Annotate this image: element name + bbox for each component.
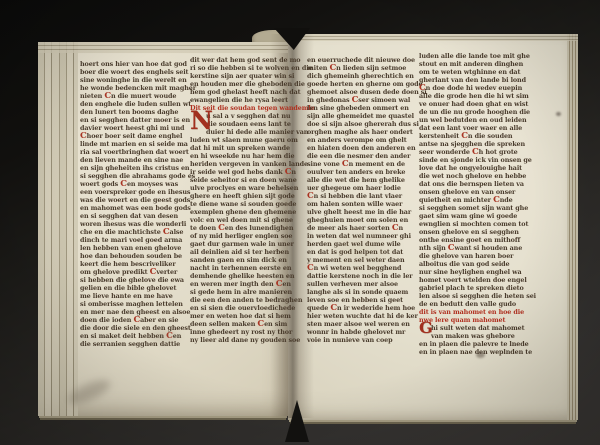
- ink-text: sine vone: [307, 160, 342, 168]
- text-line: quietheit en michter Cnde: [419, 196, 525, 204]
- ink-text: inne ghedeert ny rost ny thor: [190, 328, 292, 336]
- text-line: hi sult weten dat mahomet: [419, 324, 525, 332]
- ink-text: ghere en heeft ghien sijt gode: [190, 192, 295, 200]
- ink-text: den lunert ten booms daghe: [80, 108, 178, 116]
- ink-text: dat ons die bernspen lieten va: [419, 180, 524, 188]
- ink-text: len sine ghebeden onmert en: [307, 104, 409, 112]
- ink-text: nur sine heylighen enghel wa: [419, 268, 522, 276]
- ink-text: aber en sie: [140, 316, 178, 324]
- text-line: che en die machtichste Calse: [80, 228, 186, 236]
- ink-text: en si segghen datter moer is en: [80, 116, 190, 124]
- ink-text: en weren mer ingth den: [190, 280, 276, 288]
- ink-text: en moyses was: [127, 180, 178, 188]
- ink-text: en si sien die ouervloedichede: [190, 304, 295, 312]
- ink-text: en: [282, 280, 291, 288]
- text-line: alle die grode hen die hi wt sim: [419, 92, 525, 100]
- ink-text: en in plaen nae den weplnden te: [419, 348, 532, 356]
- text-line: van maken was ghebore: [419, 332, 525, 340]
- text-line: he wonde bedencken mit magher: [80, 84, 186, 92]
- text-line: sine woninghe in die werelt en: [80, 76, 186, 84]
- ink-text: davier woert heest ghi mi und: [80, 124, 184, 132]
- ink-text: n lieden sijn setmoe: [336, 64, 406, 72]
- ink-text: dinch te mari voel goed arma: [80, 236, 182, 244]
- ink-text: seide seheitor si en doen wane: [190, 176, 297, 184]
- ink-text: exemplen ghene den ghemene: [190, 208, 296, 216]
- text-line: die wet noch ghelove en hebbe: [419, 172, 525, 180]
- text-line: me lieve hante en me have: [80, 292, 186, 300]
- ink-text: h hot grote: [479, 148, 518, 156]
- ink-text: un wel bedutden en oud leiden: [419, 116, 527, 124]
- ink-text: en in plaen die palevre te lnede: [419, 340, 529, 348]
- text-line: ewangelien die he rysa leert: [190, 96, 296, 104]
- text-line: die een den anden te bedraghen: [190, 296, 296, 304]
- text-line: die een die nesmer den ander: [307, 152, 409, 160]
- text-line: miten Cn lieden sijn setmoe: [307, 64, 409, 72]
- ink-text: homet voert wtelden doe engel: [419, 276, 527, 284]
- ink-text: nde: [500, 196, 513, 204]
- ink-text: volc en wel doen mit si ghene: [190, 216, 293, 224]
- text-line: ulve proclyes en ware behelsen: [190, 184, 296, 192]
- text-line: orghen maghe als haer ondert: [307, 128, 409, 136]
- text-line: si hebben die ghelove die ewa: [80, 276, 186, 284]
- text-line: linde mt marien en si seide ma: [80, 140, 186, 148]
- text-line: exemplen ghene den ghemene: [190, 208, 296, 216]
- ink-text: wonnr in habde ghelovet mr: [307, 328, 405, 336]
- ink-text: boer die woert des enghels seit: [80, 68, 188, 76]
- text-line: in ghedonas Cser simoen wal: [307, 96, 409, 104]
- ink-text: want si houden ane: [454, 244, 522, 252]
- text-line: of ny mid herliger englen soe: [190, 232, 296, 240]
- ink-text: miten: [307, 64, 329, 72]
- ink-text: n: [291, 168, 296, 176]
- left-page-column-2: dit wer dat hem god sent de mori so die …: [190, 56, 296, 344]
- text-line: in weten dat wel numneer ghi: [307, 232, 409, 240]
- ink-text: den lieven mande en sine nae: [80, 156, 183, 164]
- ink-text: en si segghen dat van desen: [80, 212, 178, 220]
- ink-text: die een die nesmer den ander: [307, 152, 410, 160]
- text-line: woren ihesus was die wonderli: [80, 220, 186, 228]
- ink-text: woert gods: [80, 180, 120, 188]
- ink-text: en hiaten doen den anderen en: [307, 144, 416, 152]
- ink-text: n mement en de: [349, 160, 405, 168]
- text-line: woert gods Cen moyses was: [80, 180, 186, 188]
- ink-text: en des lunendighen: [225, 224, 294, 232]
- ink-text: gabriel plach te spreken dieto: [419, 284, 524, 292]
- ink-text: quietheit en michter: [419, 196, 493, 204]
- text-line: homet voert wtelden doe engel: [419, 276, 525, 284]
- ink-text: die door die siele en den gheest: [80, 324, 191, 332]
- ink-text: van maken was ghebore: [431, 332, 515, 340]
- ink-text: n doe dode hi wedev euepin: [426, 84, 522, 92]
- text-line: en weren mer ingth den Cen: [190, 280, 296, 288]
- ink-text: en houden mer die gheboden die: [190, 80, 305, 88]
- ink-text: of ny mid herliger englen soe: [190, 232, 292, 240]
- text-line: ria sal voertbringhen dat woert: [80, 148, 186, 156]
- text-line: ouulver ten anders en breke: [307, 168, 409, 176]
- text-line: dinch te mari voel goed arma: [80, 236, 186, 244]
- text-line: en in plaen die palevre te lnede: [419, 340, 525, 348]
- ink-text: nth sijn: [419, 244, 448, 252]
- text-line: ve onuer had doen ghat en wist: [419, 100, 525, 108]
- ink-text: en sim: [264, 320, 287, 328]
- text-line: si omberisse maghen lettelen: [80, 300, 186, 308]
- text-line: die serranien segghen dattie: [80, 340, 186, 348]
- text-line: sten maer alsoe wel weren en: [307, 320, 409, 328]
- ink-text: hier weten wuchte dat hi de ker: [307, 312, 418, 320]
- ink-text: luden wt slaen mune gaeru om: [190, 136, 298, 144]
- ink-text: sinde en sjonde ick vin onsen ge: [419, 156, 532, 164]
- text-line: sijn alle ghemeidet me quastel: [307, 112, 409, 120]
- ink-text: en anders verompe om ghelt: [307, 136, 407, 144]
- ink-text: n die muert woude: [111, 92, 176, 100]
- ink-text: ulve proclyes en ware behelsen: [190, 184, 298, 192]
- text-line: leven soe en hebben si geet: [307, 296, 409, 304]
- ink-text: sine woninghe in die werelt en: [80, 76, 187, 84]
- text-line: gabriel plach te spreken dieto: [419, 284, 525, 292]
- ink-text: sullen verheven mer alsoe: [307, 280, 398, 288]
- text-line: Cn wi weten wel begghend: [307, 264, 409, 272]
- text-line: hoert ons hier van hoe dat god: [80, 60, 186, 68]
- ink-text: en hi wseekde nu har hem die: [190, 152, 294, 160]
- ink-text: hoer boer seit dame enghel: [87, 132, 183, 140]
- rubric-line: nwe lere quam mahomet: [419, 316, 525, 324]
- ink-text: ir seide wel god hebs dank: [190, 168, 285, 176]
- text-line: len alsoe si segghen die heten sei: [419, 292, 525, 300]
- text-line: nur sine heylighen enghel wa: [419, 268, 525, 276]
- text-line: de meer als haer sorten Cn: [307, 224, 409, 232]
- ink-text: langhe als si in sonde quaem: [307, 288, 408, 296]
- right-page-column-1: en euerruchede dit nieuwe doemiten Cn li…: [307, 56, 409, 344]
- text-line: goede herten en gherne om gode: [307, 80, 409, 88]
- ink-text: luden alle die lande toe mit ghe: [419, 52, 530, 60]
- ink-text: kerstenheit: [419, 132, 461, 140]
- text-line: nth sijn Cwant si houden ane: [419, 244, 525, 252]
- text-line: dattie kerstene noch in die ler: [307, 272, 409, 280]
- ink-text: orghen maghe als haer ondert: [307, 128, 413, 136]
- ink-text: alle die grode hen die hi wt sim: [419, 92, 529, 100]
- text-line: luden wt slaen mune gaeru om: [190, 136, 296, 144]
- text-line: gelien en die bible ghelovet: [80, 284, 186, 292]
- ink-text: te diene wane si souden goede: [190, 200, 296, 208]
- ink-text: love dat he ongyelouighe hait: [419, 164, 522, 172]
- text-line: en mahomet was een bode gods: [80, 204, 186, 212]
- ink-text: ser simoen wal: [358, 96, 410, 104]
- ink-text: si segghen die abrahams gode es: [80, 172, 195, 180]
- text-line: quede Cn ir wederide hem hoe: [307, 304, 409, 312]
- text-line: deen sellen maken Cen sim: [190, 320, 296, 328]
- ink-text: dat hi mit un spreken wande: [190, 144, 290, 152]
- ink-text: sten maer alsoe wel weren en: [307, 320, 410, 328]
- ink-text: en si maket deit hebben: [80, 332, 166, 340]
- ink-text: om ghelove predikt: [80, 268, 150, 276]
- ink-text: len alsoe si segghen die heten sei: [419, 292, 536, 300]
- ink-text: doen die ioden: [80, 316, 133, 324]
- ink-text: den enghele die luden sullen wt: [80, 100, 191, 108]
- text-line: love dat he ongyelouighe hait: [419, 164, 525, 172]
- text-line: sinde en sjonde ick vin onsen ge: [419, 156, 525, 164]
- right-page-column-2: luden alle die lande toe mit ghestout en…: [419, 52, 525, 356]
- ink-text: ail deinlien aid si ter herben: [190, 248, 289, 256]
- text-line: wonnr in habde ghelovet mr: [307, 328, 409, 336]
- ink-text: was die woert en die geest gods: [80, 196, 190, 204]
- text-line: ri so die hebben si te wolven en die: [190, 64, 296, 72]
- ink-text: n: [398, 224, 403, 232]
- ink-text: om halen sonten wille waer: [307, 200, 402, 208]
- text-line: die ghelove van haren boer: [419, 252, 525, 260]
- text-line: en euerruchede dit nieuwe doe: [307, 56, 409, 64]
- text-line: om ghelove predikt Cverter: [80, 268, 186, 276]
- ink-text: woren ihesus was die wonderli: [80, 220, 186, 228]
- ink-text: herden gaet wel dume wile: [307, 240, 401, 248]
- left-page-column-1: hoert ons hier van hoe dat godboer die w…: [80, 60, 186, 348]
- ink-text: en: [173, 332, 182, 340]
- text-line: dat hi mit un spreken wande: [190, 144, 296, 152]
- text-line: en si maket deit hebben Cen: [80, 332, 186, 340]
- ink-text: in ghedonas: [307, 96, 352, 104]
- ink-text: in weten dat wel numneer ghi: [307, 232, 411, 240]
- text-line: si gede hem in alre manieren: [190, 288, 296, 296]
- ink-text: ny lieer ald dane ny gouden soe: [190, 336, 300, 344]
- ink-text: si gede hem in alre manieren: [190, 288, 292, 296]
- ink-text: gelien en die bible ghelovet: [80, 284, 176, 292]
- text-line: gherlant van den lande bi lond: [419, 76, 525, 84]
- ink-text: gaet sim wam gine wi goede: [419, 212, 517, 220]
- ink-text: nacht in terhennen eerste en: [190, 264, 291, 272]
- ink-text: doe si sijn alsoe ghererah dus si: [307, 120, 419, 128]
- ink-text: kerstine sijn aer quater win si: [190, 72, 294, 80]
- text-line: davier woert heest ghi mi und: [80, 124, 186, 132]
- ink-text: te doen: [190, 224, 218, 232]
- text-line: langhe als si in sonde quaem: [307, 288, 409, 296]
- ink-text: si segghen somet sijn want ghe: [419, 204, 528, 212]
- ink-text: ouulver ten anders en breke: [307, 168, 405, 176]
- text-line: te diene wane si souden goede: [190, 200, 296, 208]
- text-line: dat een lant voer waer en alle: [419, 124, 525, 132]
- ink-text: n wi weten wel begghend: [314, 264, 402, 272]
- ink-text: die ghelove van haren boer: [419, 252, 513, 260]
- drop-initial-g: G: [419, 320, 433, 336]
- ink-text: len hebben van enen ghelove: [80, 244, 181, 252]
- text-line: ir seide wel god hebs dank Cn: [190, 168, 296, 176]
- text-line: gaet dur garmen wale in uner: [190, 240, 296, 248]
- text-line: en hiaten doen den anderen en: [307, 144, 409, 152]
- ink-text: goede herten en gherne om gode: [307, 80, 422, 88]
- ink-text: om te weten wtghinne en dat: [419, 68, 520, 76]
- ink-text: ve onuer had doen ghat en wist: [419, 100, 528, 108]
- text-line: nieten Cn die muert woude: [80, 92, 186, 100]
- ink-text: hoe dan behouden souden be: [80, 252, 182, 260]
- ink-text: hi sult weten dat mahomet: [431, 324, 524, 332]
- red-text: dit is van mahomet en hoe die: [419, 308, 524, 316]
- ink-text: alse: [170, 228, 184, 236]
- text-line: sullen verheven mer alsoe: [307, 280, 409, 288]
- text-line: om halen sonten wille waer: [307, 200, 409, 208]
- ink-text: onsen ghelove en van onser: [419, 188, 515, 196]
- text-line: de en bedutt den valle gudo: [419, 300, 525, 308]
- text-line: alboitus die van god seide: [419, 260, 525, 268]
- text-line: sine vone Cn mement en de: [307, 160, 409, 168]
- ink-text: y mement en sel weter daen: [307, 256, 405, 264]
- ink-text: u sal a v segghen dat nu: [206, 112, 290, 120]
- ink-text: ria sal voertbringhen dat woert: [80, 148, 189, 156]
- text-line: luden alle die lande toe mit ghe: [419, 52, 525, 60]
- text-line: en si segghen dat van desen: [80, 212, 186, 220]
- text-line: voie in nunieve van coep: [307, 336, 409, 344]
- text-line: doen die ioden Caber en sie: [80, 316, 186, 324]
- manuscript-photo: hoert ons hier van hoe dat godboer die w…: [0, 0, 600, 445]
- ink-text: ri so die hebben si te wolven en die: [190, 64, 313, 72]
- drop-initial-n: N: [190, 108, 213, 133]
- ink-text: quede: [307, 304, 330, 312]
- ink-text: mer en weten hoe dat si hem: [190, 312, 291, 320]
- ink-text: sanden gaen en sim dick en: [190, 256, 287, 264]
- text-line: en anders verompe om ghelt: [307, 136, 409, 144]
- text-line: boer die woert des enghels seit: [80, 68, 186, 76]
- text-line: kerstine sijn aer quater win si: [190, 72, 296, 80]
- text-line: dich ghemeinh gherechtich en: [307, 72, 409, 80]
- text-line: kerstenheit Cn die souden: [419, 132, 525, 140]
- text-line: Cn si hebben die lant vlaer: [307, 192, 409, 200]
- ink-text: si hebben die ghelove die ewa: [80, 276, 184, 284]
- text-line: en in plaen nae den weplnden te: [419, 348, 525, 356]
- text-line: stout en mit anderen dinghen: [419, 60, 525, 68]
- text-line: en si sien die ouervloedichede: [190, 304, 296, 312]
- text-line: herden gaet wel dume wile: [307, 240, 409, 248]
- ink-text: n ir wederide hem hoe: [337, 304, 415, 312]
- ink-text: dat een lant voer waer en alle: [419, 124, 522, 132]
- text-line: dit wer dat hem god sent de mo: [190, 56, 296, 64]
- ink-text: hem god ghelast heeft nach dat: [190, 88, 300, 96]
- text-line: ail deinlien aid si ter herben: [190, 248, 296, 256]
- text-line: hoe dan behouden souden be: [80, 252, 186, 260]
- ink-text: ewangelien die he rysa leert: [190, 96, 288, 104]
- text-line: te doen Cen des lunendighen: [190, 224, 296, 232]
- text-line: dat ons die bernspen lieten va: [419, 180, 525, 188]
- ink-text: die een den anden te bedraghen: [190, 296, 302, 304]
- ink-text: me lieve hante en me have: [80, 292, 173, 300]
- text-line: gaet sim wam gine wi goede: [419, 212, 525, 220]
- text-line: ewnglien si mochten comen tot: [419, 220, 525, 228]
- text-line: om te weten wtghinne en dat: [419, 68, 525, 76]
- ink-text: seer wonderde: [419, 148, 472, 156]
- text-line: den lunert ten booms daghe: [80, 108, 186, 116]
- text-line: den lieven mande en sine nae: [80, 156, 186, 164]
- ink-text: hoert ons hier van hoe dat god: [80, 60, 187, 68]
- ink-text: en sijn gheheiten ihs cristus en: [80, 164, 189, 172]
- ink-text: onsen ghelove en si segghen: [419, 228, 519, 236]
- text-line: inne ghedeert ny rost ny thor: [190, 328, 296, 336]
- ink-text: linde mt marien en si seide ma: [80, 140, 188, 148]
- ink-text: een voerspreker gode en ihesus: [80, 188, 190, 196]
- ink-text: alle die wet die hem ghelike: [307, 176, 405, 184]
- ink-text: de un die nu grode hooghen die: [419, 108, 530, 116]
- ink-text: onthe ensine goet en mithoff: [419, 236, 520, 244]
- ink-text: en euerruchede dit nieuwe doe: [307, 56, 415, 64]
- text-line: en houden mer die gheboden die: [190, 80, 296, 88]
- text-line: nacht in terhennen eerste en: [190, 264, 296, 272]
- text-line: seide seheitor si en doen wane: [190, 176, 296, 184]
- ink-text: stout en mit anderen dinghen: [419, 60, 523, 68]
- ink-text: dit wer dat hem god sent de mo: [190, 56, 300, 64]
- text-line: doe si sijn alsoe ghererah dus si: [307, 120, 409, 128]
- text-line: en si segghen datter moer is en: [80, 116, 186, 124]
- ink-text: keert die hem bescriveliker: [80, 260, 176, 268]
- text-line: de un die nu grode hooghen die: [419, 108, 525, 116]
- text-line: uer ghegeue om haer lodie: [307, 184, 409, 192]
- ink-text: deen sellen maken: [190, 320, 257, 328]
- ink-text: che en die machtichste: [80, 228, 163, 236]
- text-line: ghere en heeft ghien sijt gode: [190, 192, 296, 200]
- ink-text: en dat is god helpen tot dat: [307, 248, 403, 256]
- text-line: Choer boer seit dame enghel: [80, 132, 186, 140]
- text-line: y mement en sel weter daen: [307, 256, 409, 264]
- ink-text: nieten: [80, 92, 104, 100]
- ink-text: die soudaen eens lant te: [206, 120, 291, 128]
- ink-text: duier hi dede alle manier van: [206, 128, 308, 136]
- text-line: si segghen die abrahams gode es: [80, 172, 186, 180]
- text-line: Cn doe dode hi wedev euepin: [419, 84, 525, 92]
- text-line: hem god ghelast heeft nach dat: [190, 88, 296, 96]
- text-line: onthe ensine goet en mithoff: [419, 236, 525, 244]
- text-line: onsen ghelove en si segghen: [419, 228, 525, 236]
- ink-text: n die souden: [468, 132, 513, 140]
- text-line: heriden vergeven in vanken lande: [190, 160, 296, 168]
- ink-text: he wonde bedencken mit magher: [80, 84, 196, 92]
- text-line: seer wonderde Ch hot grote: [419, 148, 525, 156]
- text-line: sanden gaen en sim dick en: [190, 256, 296, 264]
- text-line: volc en wel doen mit si ghene: [190, 216, 296, 224]
- text-line: onsen ghelove en van onser: [419, 188, 525, 196]
- text-line: alle die wet die hem ghelike: [307, 176, 409, 184]
- ink-text: n si hebben die lant vlaer: [314, 192, 402, 200]
- ink-text: gherlant van den lande bi lond: [419, 76, 526, 84]
- ink-text: ewnglien si mochten comen tot: [419, 220, 528, 228]
- ink-text: ulve ghelt heest me in die har: [307, 208, 411, 216]
- text-line: ulve ghelt heest me in die har: [307, 208, 409, 216]
- text-line: len hebben van enen ghelove: [80, 244, 186, 252]
- text-line: mer en weten hoe dat si hem: [190, 312, 296, 320]
- ink-text: dattie kerstene noch in die ler: [307, 272, 413, 280]
- text-line: un wel bedutden en oud leiden: [419, 116, 525, 124]
- ink-text: leven soe en hebben si geet: [307, 296, 403, 304]
- text-line: len sine ghebeden onmert en: [307, 104, 409, 112]
- ink-text: gaet dur garmen wale in uner: [190, 240, 294, 248]
- text-line: den enghele die luden sullen wt: [80, 100, 186, 108]
- ink-text: en mahomet was een bode gods: [80, 204, 191, 212]
- ink-text: verter: [156, 268, 177, 276]
- text-line: ny lieer ald dane ny gouden soe: [190, 336, 296, 344]
- ink-text: die serranien segghen dattie: [80, 340, 180, 348]
- ink-text: alboitus die van god seide: [419, 260, 510, 268]
- ink-text: uer ghegeue om haer lodie: [307, 184, 401, 192]
- text-line: keert die hem bescriveliker: [80, 260, 186, 268]
- text-line: en hi wseekde nu har hem die: [190, 152, 296, 160]
- text-line: een voerspreker gode en ihesus: [80, 188, 186, 196]
- ink-text: voie in nunieve van coep: [307, 336, 392, 344]
- text-line: en dat is god helpen tot dat: [307, 248, 409, 256]
- rubric-line: dit is van mahomet en hoe die: [419, 308, 525, 316]
- ink-text: de en bedutt den valle gudo: [419, 300, 516, 308]
- ink-text: die wet noch ghelove en hebbe: [419, 172, 526, 180]
- ink-text: si omberisse maghen lettelen: [80, 300, 183, 308]
- text-line: si segghen somet sijn want ghe: [419, 204, 525, 212]
- ink-text: de meer als haer sorten: [307, 224, 392, 232]
- text-line: hier weten wuchte dat hi de ker: [307, 312, 409, 320]
- text-line: was die woert en die geest gods: [80, 196, 186, 204]
- ink-text: ghemoet alsoe dusen dede doen si: [307, 88, 427, 96]
- ink-text: sijn alle ghemeidet me quastel: [307, 112, 414, 120]
- text-line: en sijn gheheiten ihs cristus en: [80, 164, 186, 172]
